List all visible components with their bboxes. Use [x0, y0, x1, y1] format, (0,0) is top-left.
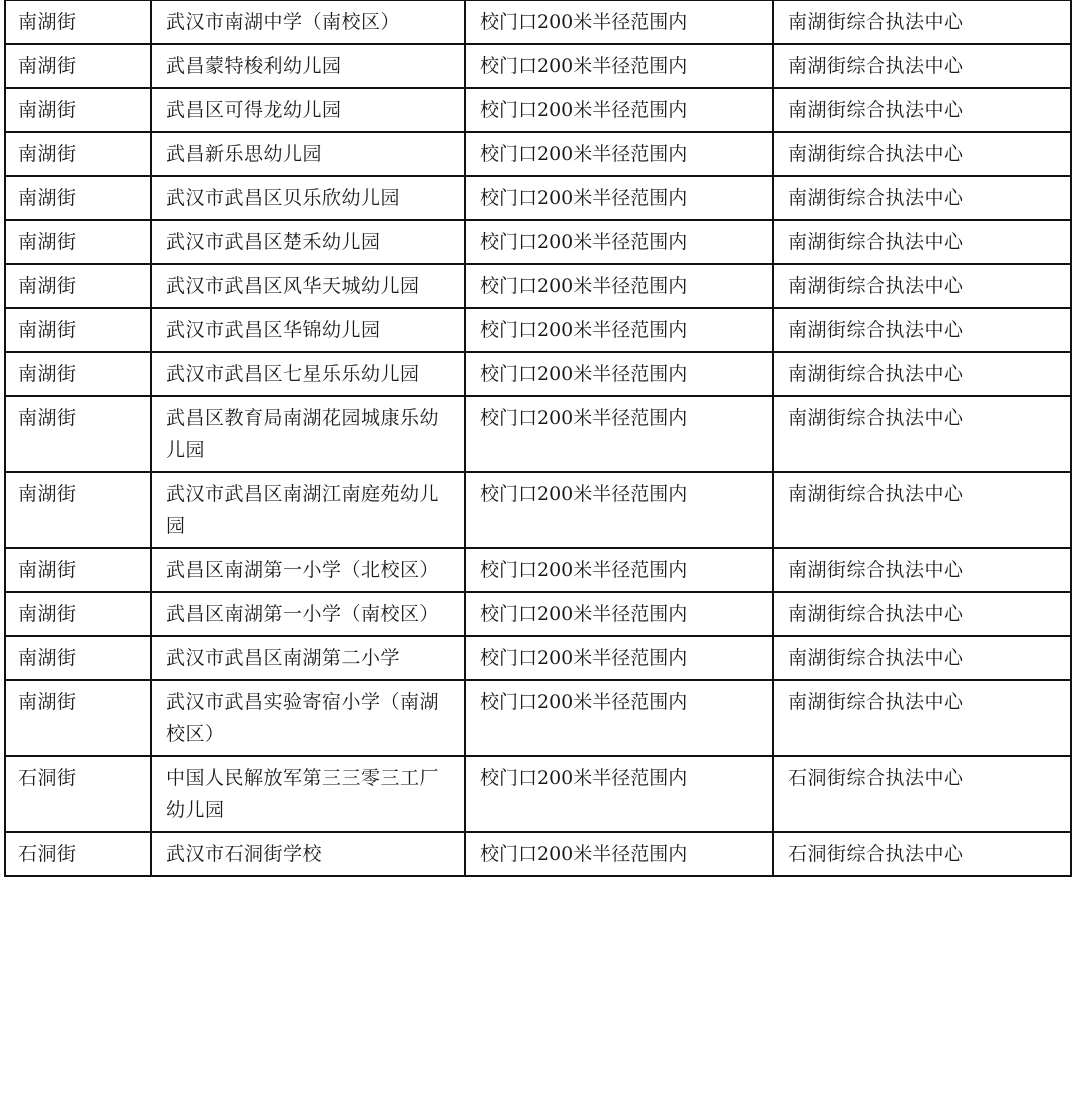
zone-range-cell: 校门口200米半径范围内 [465, 636, 773, 680]
street-cell: 南湖街 [5, 132, 151, 176]
street-cell: 南湖街 [5, 472, 151, 548]
enforcement-agency-cell: 南湖街综合执法中心 [773, 44, 1071, 88]
school-name-cell: 武汉市武昌区南湖第二小学 [151, 636, 465, 680]
enforcement-agency-cell: 南湖街综合执法中心 [773, 636, 1071, 680]
zone-range-cell: 校门口200米半径范围内 [465, 308, 773, 352]
enforcement-agency-cell: 南湖街综合执法中心 [773, 592, 1071, 636]
table-row: 南湖街武汉市武昌区南湖第二小学校门口200米半径范围内南湖街综合执法中心 [5, 636, 1071, 680]
table-row: 南湖街武汉市武昌区贝乐欣幼儿园校门口200米半径范围内南湖街综合执法中心 [5, 176, 1071, 220]
school-name-cell: 武昌区南湖第一小学（南校区） [151, 592, 465, 636]
table-row: 南湖街武昌区可得龙幼儿园校门口200米半径范围内南湖街综合执法中心 [5, 88, 1071, 132]
school-name-cell: 武昌区可得龙幼儿园 [151, 88, 465, 132]
street-cell: 南湖街 [5, 264, 151, 308]
school-name-cell: 武汉市武昌区七星乐乐幼儿园 [151, 352, 465, 396]
school-smoke-free-zone-table: 南湖街武汉市南湖中学（南校区）校门口200米半径范围内南湖街综合执法中心南湖街武… [4, 0, 1072, 877]
enforcement-agency-cell: 南湖街综合执法中心 [773, 264, 1071, 308]
table-row: 南湖街武汉市武昌区华锦幼儿园校门口200米半径范围内南湖街综合执法中心 [5, 308, 1071, 352]
street-cell: 南湖街 [5, 220, 151, 264]
street-cell: 南湖街 [5, 680, 151, 756]
zone-range-cell: 校门口200米半径范围内 [465, 472, 773, 548]
zone-range-cell: 校门口200米半径范围内 [465, 176, 773, 220]
school-name-cell: 武汉市石洞街学校 [151, 832, 465, 876]
school-name-cell: 武汉市武昌区华锦幼儿园 [151, 308, 465, 352]
school-name-cell: 中国人民解放军第三三零三工厂幼儿园 [151, 756, 465, 832]
table-row: 南湖街武昌区南湖第一小学（南校区）校门口200米半径范围内南湖街综合执法中心 [5, 592, 1071, 636]
table-row: 南湖街武汉市南湖中学（南校区）校门口200米半径范围内南湖街综合执法中心 [5, 0, 1071, 44]
street-cell: 南湖街 [5, 592, 151, 636]
table-row: 南湖街武汉市武昌区楚禾幼儿园校门口200米半径范围内南湖街综合执法中心 [5, 220, 1071, 264]
next-row-stub [5, 876, 1071, 877]
zone-range-cell: 校门口200米半径范围内 [465, 44, 773, 88]
enforcement-agency-cell: 南湖街综合执法中心 [773, 472, 1071, 548]
street-cell: 南湖街 [5, 636, 151, 680]
enforcement-agency-cell: 南湖街综合执法中心 [773, 308, 1071, 352]
zone-range-cell: 校门口200米半径范围内 [465, 548, 773, 592]
school-name-cell: 武汉市武昌区南湖江南庭苑幼儿园 [151, 472, 465, 548]
street-cell: 南湖街 [5, 88, 151, 132]
enforcement-agency-cell: 南湖街综合执法中心 [773, 0, 1071, 44]
school-name-cell: 武汉市南湖中学（南校区） [151, 0, 465, 44]
school-name-cell: 武昌区教育局南湖花园城康乐幼儿园 [151, 396, 465, 472]
street-cell: 石洞街 [5, 832, 151, 876]
street-cell: 南湖街 [5, 396, 151, 472]
school-name-cell: 武昌蒙特梭利幼儿园 [151, 44, 465, 88]
table-row: 石洞街中国人民解放军第三三零三工厂幼儿园校门口200米半径范围内石洞街综合执法中… [5, 756, 1071, 832]
zone-range-cell: 校门口200米半径范围内 [465, 832, 773, 876]
school-name-cell: 武昌新乐思幼儿园 [151, 132, 465, 176]
zone-range-cell: 校门口200米半径范围内 [465, 264, 773, 308]
zone-range-cell: 校门口200米半径范围内 [465, 0, 773, 44]
school-name-cell: 武汉市武昌区风华天城幼儿园 [151, 264, 465, 308]
table-row: 南湖街武汉市武昌实验寄宿小学（南湖校区）校门口200米半径范围内南湖街综合执法中… [5, 680, 1071, 756]
table-row: 南湖街武昌新乐思幼儿园校门口200米半径范围内南湖街综合执法中心 [5, 132, 1071, 176]
document-page: 南湖街武汉市南湖中学（南校区）校门口200米半径范围内南湖街综合执法中心南湖街武… [4, 0, 1070, 877]
table-row: 南湖街武汉市武昌区七星乐乐幼儿园校门口200米半径范围内南湖街综合执法中心 [5, 352, 1071, 396]
enforcement-agency-cell: 南湖街综合执法中心 [773, 176, 1071, 220]
table-body: 南湖街武汉市南湖中学（南校区）校门口200米半径范围内南湖街综合执法中心南湖街武… [5, 0, 1071, 877]
enforcement-agency-cell: 南湖街综合执法中心 [773, 548, 1071, 592]
enforcement-agency-cell: 南湖街综合执法中心 [773, 396, 1071, 472]
enforcement-agency-cell: 南湖街综合执法中心 [773, 352, 1071, 396]
school-name-cell: 武汉市武昌区楚禾幼儿园 [151, 220, 465, 264]
table-row: 南湖街武汉市武昌区风华天城幼儿园校门口200米半径范围内南湖街综合执法中心 [5, 264, 1071, 308]
street-cell: 南湖街 [5, 352, 151, 396]
school-name-cell: 武汉市武昌实验寄宿小学（南湖校区） [151, 680, 465, 756]
zone-range-cell: 校门口200米半径范围内 [465, 756, 773, 832]
enforcement-agency-cell: 南湖街综合执法中心 [773, 680, 1071, 756]
zone-range-cell: 校门口200米半径范围内 [465, 352, 773, 396]
zone-range-cell: 校门口200米半径范围内 [465, 132, 773, 176]
enforcement-agency-cell: 南湖街综合执法中心 [773, 220, 1071, 264]
table-row: 南湖街武昌蒙特梭利幼儿园校门口200米半径范围内南湖街综合执法中心 [5, 44, 1071, 88]
zone-range-cell: 校门口200米半径范围内 [465, 396, 773, 472]
table-row: 南湖街武昌区教育局南湖花园城康乐幼儿园校门口200米半径范围内南湖街综合执法中心 [5, 396, 1071, 472]
table-row: 南湖街武汉市武昌区南湖江南庭苑幼儿园校门口200米半径范围内南湖街综合执法中心 [5, 472, 1071, 548]
zone-range-cell: 校门口200米半径范围内 [465, 680, 773, 756]
table-row: 石洞街武汉市石洞街学校校门口200米半径范围内石洞街综合执法中心 [5, 832, 1071, 876]
street-cell: 南湖街 [5, 548, 151, 592]
street-cell: 南湖街 [5, 308, 151, 352]
zone-range-cell: 校门口200米半径范围内 [465, 592, 773, 636]
enforcement-agency-cell: 南湖街综合执法中心 [773, 88, 1071, 132]
enforcement-agency-cell: 石洞街综合执法中心 [773, 832, 1071, 876]
street-cell: 石洞街 [5, 756, 151, 832]
street-cell: 南湖街 [5, 176, 151, 220]
school-name-cell: 武汉市武昌区贝乐欣幼儿园 [151, 176, 465, 220]
enforcement-agency-cell: 石洞街综合执法中心 [773, 756, 1071, 832]
table-row: 南湖街武昌区南湖第一小学（北校区）校门口200米半径范围内南湖街综合执法中心 [5, 548, 1071, 592]
street-cell: 南湖街 [5, 44, 151, 88]
street-cell: 南湖街 [5, 0, 151, 44]
school-name-cell: 武昌区南湖第一小学（北校区） [151, 548, 465, 592]
zone-range-cell: 校门口200米半径范围内 [465, 88, 773, 132]
enforcement-agency-cell: 南湖街综合执法中心 [773, 132, 1071, 176]
zone-range-cell: 校门口200米半径范围内 [465, 220, 773, 264]
